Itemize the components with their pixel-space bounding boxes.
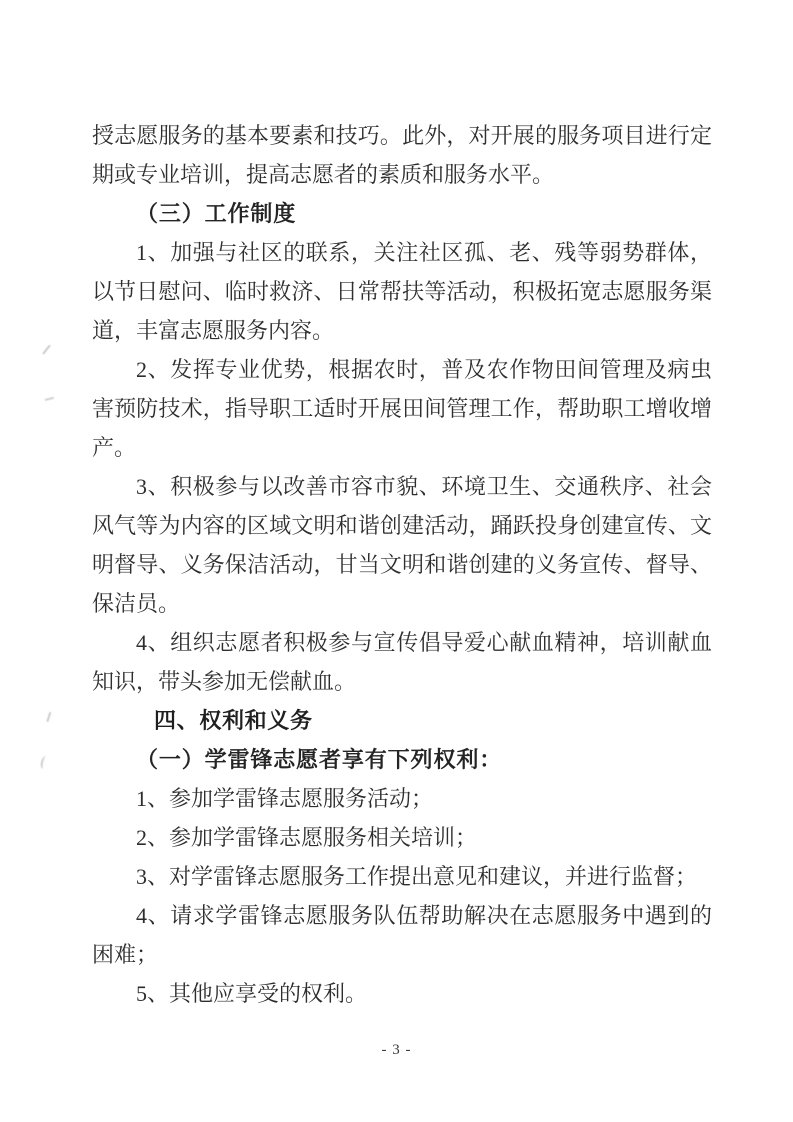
scan-artifact — [42, 345, 58, 358]
paragraph-item-4: 4、组织志愿者积极参与宣传倡导爱心献血精神，培训献血知识，带头参加无偿献血。 — [92, 623, 712, 701]
paragraph-continued: 授志愿服务的基本要素和技巧。此外，对开展的服务项目进行定期或专业培训，提高志愿者… — [92, 116, 712, 194]
document-body: 授志愿服务的基本要素和技巧。此外，对开展的服务项目进行定期或专业培训，提高志愿者… — [92, 116, 712, 1013]
scan-artifact — [43, 390, 54, 401]
paragraph-item-3: 3、积极参与以改善市容市貌、环境卫生、交通秩序、社会风气等为内容的区域文明和谐创… — [92, 467, 712, 623]
paragraph-item-1: 1、加强与社区的联系，关注社区孤、老、残等弱势群体，以节日慰问、临时救济、日常帮… — [92, 233, 712, 350]
heading-chapter-4-rights-obligations: 四、权利和义务 — [92, 701, 712, 740]
scan-artifact — [40, 756, 49, 770]
heading-section-3-work-system: （三）工作制度 — [92, 194, 712, 233]
paragraph-item-2: 2、发挥专业优势，根据农时，普及农作物田间管理及病虫害预防技术，指导职工适时开展… — [92, 350, 712, 467]
paragraph-right-3: 3、对学雷锋志愿服务工作提出意见和建议，并进行监督； — [92, 857, 712, 896]
scan-artifact — [41, 710, 52, 722]
page-number: - 3 - — [0, 1042, 793, 1059]
paragraph-right-5: 5、其他应享受的权利。 — [92, 974, 712, 1013]
heading-section-1-volunteer-rights: （一）学雷锋志愿者享有下列权利： — [92, 740, 712, 779]
scanned-document-page: 授志愿服务的基本要素和技巧。此外，对开展的服务项目进行定期或专业培训，提高志愿者… — [0, 0, 793, 1122]
paragraph-right-1: 1、参加学雷锋志愿服务活动； — [92, 779, 712, 818]
paragraph-right-4: 4、请求学雷锋志愿服务队伍帮助解决在志愿服务中遇到的困难； — [92, 896, 712, 974]
paragraph-right-2: 2、参加学雷锋志愿服务相关培训； — [92, 818, 712, 857]
